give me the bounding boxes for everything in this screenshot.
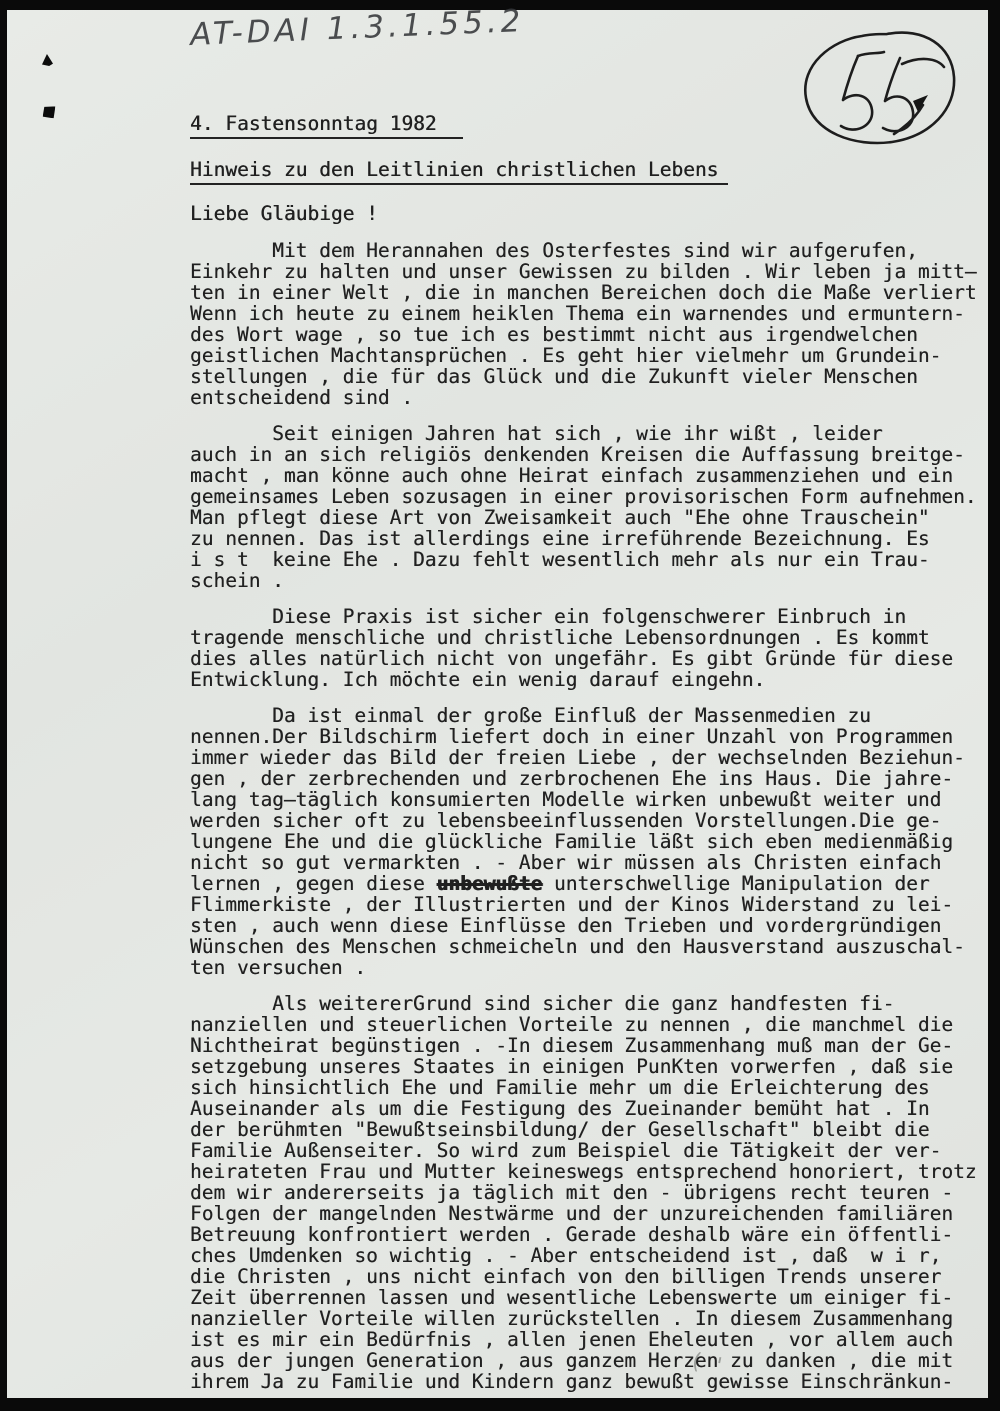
document-title: 4. Fastensonntag 1982 (190, 113, 463, 139)
letter-content: 4. Fastensonntag 1982 Hinweis zu den Lei… (190, 113, 992, 1392)
paragraph-4-text-before: Da ist einmal der große Einfluß der Mass… (190, 704, 965, 895)
digit-5-second-flag (902, 59, 944, 67)
staple-mark-lower (43, 106, 56, 119)
salutation: Liebe Gläubige ! (190, 203, 992, 224)
crossed-out-word: unbewußte (437, 872, 543, 895)
digit-5-first-flag (858, 52, 884, 56)
paragraph-2: Seit einigen Jahren hat sich , wie ihr w… (190, 423, 992, 591)
paragraph-3: Diese Praxis ist sicher ein folgenschwer… (190, 606, 992, 690)
paragraph-4: Da ist einmal der große Einfluß der Mass… (190, 705, 992, 978)
paragraph-1: Mit dem Herannahen des Osterfestes sind … (190, 240, 992, 408)
document-subtitle: Hinweis zu den Leitlinien christlichen L… (190, 159, 728, 185)
document-scan: AT-DAI 1.3.1.55.2 4. Fastensonntag 1982 … (0, 0, 1000, 1411)
paragraph-5: Als weitererGrund sind sicher die ganz h… (190, 993, 992, 1392)
